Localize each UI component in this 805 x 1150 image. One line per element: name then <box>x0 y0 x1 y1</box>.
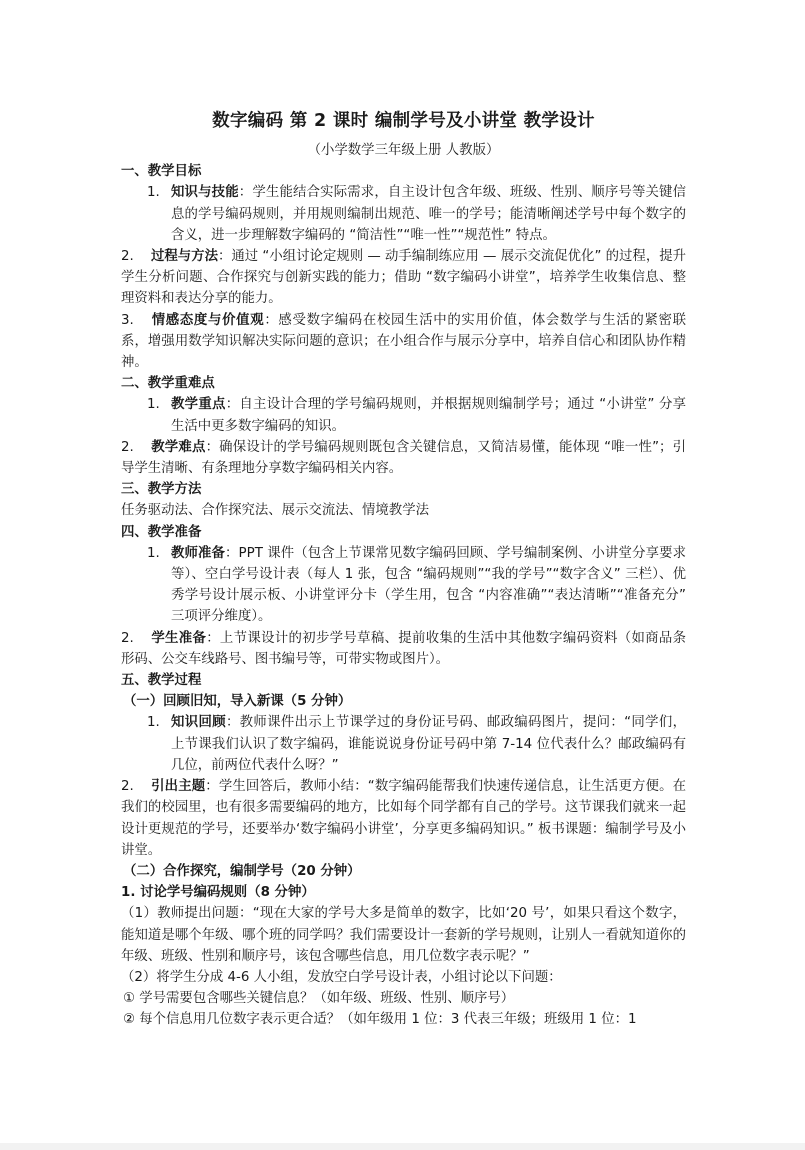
list-item: 2.教学难点：确保设计的学号编码规则既包含关键信息，又简洁易懂，能体现 “唯一性… <box>121 437 686 479</box>
section-heading-key-points: 二、教学重难点 <box>121 373 686 394</box>
list-item: 1.教学重点：自主设计合理的学号编码规则，并根据规则编制学号；通过 “小讲堂” … <box>121 394 686 436</box>
list-number: 2. <box>121 628 151 649</box>
item-text: ：自主设计合理的学号编码规则，并根据规则编制学号；通过 “小讲堂” 分享生活中更… <box>171 397 686 433</box>
item-text: ：教师课件出示上节课学过的身份证号码、邮政编码图片，提问：“同学们，上节课我们认… <box>171 715 686 772</box>
item-text: ：上节课设计的初步学号草稿、提前收集的生活中其他数字编码资料（如商品条形码、公交… <box>121 631 686 667</box>
subsection-heading-review: （一）回顾旧知，导入新课（5 分钟） <box>121 691 686 712</box>
item-label: 学生准备 <box>151 631 206 646</box>
item-label: 知识与技能 <box>171 185 239 200</box>
item-label: 知识回顾 <box>171 715 226 730</box>
document-content: 数字编码 第 2 课时 编制学号及小讲堂 教学设计 （小学数学三年级上册 人教版… <box>121 108 686 1031</box>
step-heading-discuss-rules: 1. 讨论学号编码规则（8 分钟） <box>121 882 686 903</box>
section-heading-process: 五、教学过程 <box>121 670 686 691</box>
document-subtitle: （小学数学三年级上册 人教版） <box>121 140 686 161</box>
item-text: ：确保设计的学号编码规则既包含关键信息，又简洁易懂，能体现 “唯一性”；引导学生… <box>121 440 686 476</box>
list-number: 2. <box>121 437 151 458</box>
section-heading-methods: 三、教学方法 <box>121 479 686 500</box>
subsection-heading-explore: （二）合作探究，编制学号（20 分钟） <box>121 861 686 882</box>
list-number: 1. <box>147 394 160 415</box>
question-item: ② 每个信息用几位数字表示更合适？（如年级用 1 位：3 代表三年级；班级用 1… <box>121 1009 686 1030</box>
list-item: 1.知识与技能：学生能结合实际需求，自主设计包含年级、班级、性别、顺序号等关键信… <box>121 182 686 246</box>
document-page: 数字编码 第 2 课时 编制学号及小讲堂 教学设计 （小学数学三年级上册 人教版… <box>0 0 805 1143</box>
list-number: 1. <box>147 182 160 203</box>
question-item: ① 学号需要包含哪些关键信息？（如年级、班级、性别、顺序号） <box>121 988 686 1009</box>
list-item: 3.情感态度与价值观：感受数字编码在校园生活中的实用价值，体会数学与生活的紧密联… <box>121 310 686 374</box>
item-text: ：学生回答后，教师小结：“数字编码能帮我们快速传递信息，让生活更方便。在我们的校… <box>121 779 686 858</box>
list-item: 2.过程与方法：通过 “小组讨论定规则 — 动手编制练应用 — 展示交流促优化”… <box>121 246 686 310</box>
item-text: ：学生能结合实际需求，自主设计包含年级、班级、性别、顺序号等关键信息的学号编码规… <box>171 185 686 242</box>
paragraph: （2）将学生分成 4-6 人小组，发放空白学号设计表，小组讨论以下问题： <box>121 967 686 988</box>
item-label: 过程与方法 <box>151 249 218 264</box>
list-item: 1.教师准备：PPT 课件（包含上节课常见数字编码回顾、学号编制案例、小讲堂分享… <box>121 543 686 628</box>
list-item: 1.知识回顾：教师课件出示上节课学过的身份证号码、邮政编码图片，提问：“同学们，… <box>121 712 686 776</box>
list-number: 2. <box>121 776 151 797</box>
section-heading-objectives: 一、教学目标 <box>121 161 686 182</box>
item-label: 教学难点 <box>151 440 206 455</box>
item-text: ：PPT 课件（包含上节课常见数字编码回顾、学号编制案例、小讲堂分享要求等）、空… <box>171 546 686 625</box>
list-number: 2. <box>121 246 151 267</box>
item-label: 教学重点 <box>171 397 226 412</box>
methods-text: 任务驱动法、合作探究法、展示交流法、情境教学法 <box>121 500 686 521</box>
list-number: 1. <box>147 543 160 564</box>
item-label: 引出主题 <box>151 779 205 794</box>
list-item: 2.引出主题：学生回答后，教师小结：“数字编码能帮我们快速传递信息，让生活更方便… <box>121 776 686 861</box>
section-heading-preparation: 四、教学准备 <box>121 522 686 543</box>
list-number: 3. <box>121 310 151 331</box>
list-item: 2.学生准备：上节课设计的初步学号草稿、提前收集的生活中其他数字编码资料（如商品… <box>121 628 686 670</box>
item-label: 情感态度与价值观 <box>151 313 264 328</box>
paragraph: （1）教师提出问题：“现在大家的学号大多是简单的数字，比如‘20 号’，如果只看… <box>121 903 686 967</box>
list-number: 1. <box>147 712 160 733</box>
item-label: 教师准备 <box>171 546 225 561</box>
document-title: 数字编码 第 2 课时 编制学号及小讲堂 教学设计 <box>121 108 686 134</box>
